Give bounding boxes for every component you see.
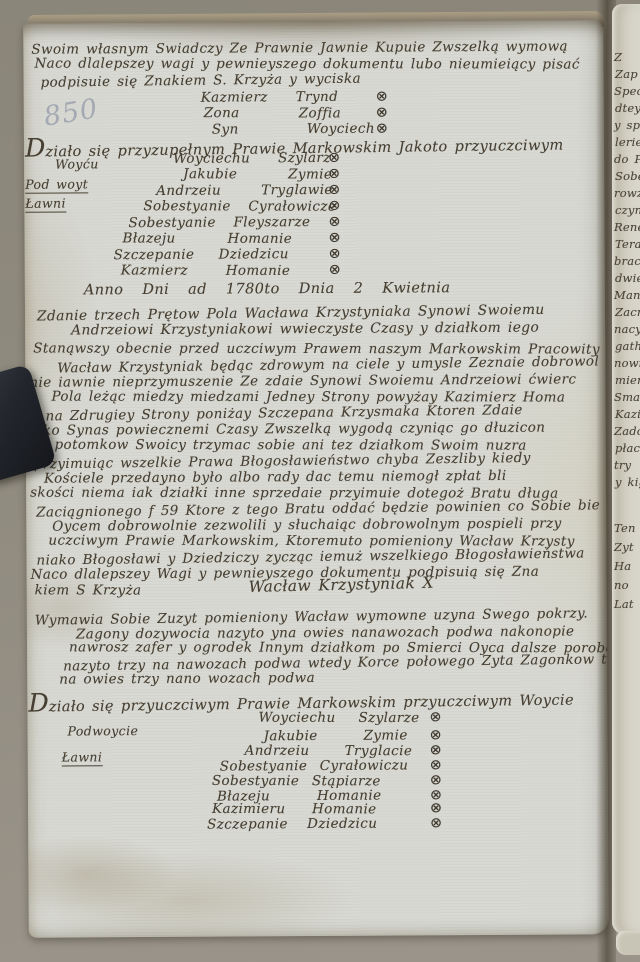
wax-seal-mark: ⊗: [328, 182, 340, 198]
next-page-text-fragment: Zyt: [614, 542, 634, 554]
witness-first-name: Woyciechu: [258, 712, 358, 726]
next-page-text-fragment: rowz: [614, 188, 640, 200]
witness-row: WoyciechuSzylarz: [173, 152, 331, 166]
next-page-text-fragment: y kig: [615, 477, 640, 489]
paragraph-line: iako Synas powiecznemi Czasy Zwszelką wy…: [30, 422, 546, 439]
witness-surname: Homanie: [226, 265, 291, 279]
paragraph-line: Oycem dobrowolnie zezwolili y słuchaiąc …: [52, 518, 561, 535]
next-page-text-fragment: Smar: [614, 392, 640, 404]
next-page-text-fragment: Z: [614, 52, 622, 64]
family-row: ZonaZoffia: [204, 107, 341, 121]
witness-first-name: Kazmierz: [201, 91, 296, 105]
wax-seal-mark: ⊗: [430, 800, 442, 816]
witness-first-name: Andrzeiu: [156, 184, 261, 198]
witness-first-name: Zona: [204, 107, 299, 121]
next-page-text-fragment: brac: [614, 256, 640, 268]
next-page-text-fragment: czyni: [615, 205, 640, 217]
witness-first-name: Szczepanie: [114, 249, 219, 263]
witness-surname: Szylarze: [358, 712, 419, 726]
closing-line: Naco dlalepszey Wagi y pewnieyszego doku…: [31, 566, 540, 583]
next-page-text-fragment: Ha: [614, 561, 631, 573]
witness-surname: Tryglawie: [261, 184, 333, 198]
witness-row: SobestyanieCyrałowicze: [143, 200, 336, 214]
next-page-text-fragment: Spec: [614, 86, 640, 98]
witness-surname: Woyciech: [307, 123, 375, 137]
wax-seal-mark: ⊗: [376, 105, 388, 121]
opening-line: podpisuie się Znakiem S. Krzyża y wycisk…: [40, 73, 361, 91]
witness-surname: Zymie: [364, 729, 408, 743]
next-page-text-fragment: mier: [615, 375, 640, 387]
witness-first-name: Woyciechu: [173, 152, 278, 166]
family-row: KazmierzTrynd: [201, 91, 339, 105]
wax-seal-mark: ⊗: [430, 727, 442, 743]
witness-surname: Cyrałowicze: [248, 200, 336, 214]
next-page-text-fragment: Zadoz: [614, 426, 640, 438]
witness-row: WoyciechuSzylarze: [258, 712, 419, 726]
witness-surname: Zoffia: [299, 107, 341, 121]
witness-row: AndrzeiuTryglawie: [156, 184, 333, 199]
witness-row: AndrzeiuTryglacie: [245, 745, 413, 759]
wax-seal-mark: ⊗: [429, 709, 441, 725]
next-page-text-fragment: no: [614, 580, 629, 592]
date-heading: Anno Dni ad 1780to Dnia 2 Kwietnia: [84, 281, 451, 298]
next-page-text-fragment: dwie: [615, 273, 640, 285]
witness-first-name: Syn: [212, 123, 307, 137]
witness-first-name: Kazimieru: [212, 803, 312, 817]
next-page-text-fragment: Sobest: [615, 171, 640, 183]
next-page-text-fragment: Kazi: [615, 409, 640, 421]
witness-first-name: Jakubie: [183, 168, 288, 182]
wax-seal-mark: ⊗: [328, 198, 340, 214]
opening-line: Naco dlalepszey wagi y pewnieyszego doku…: [34, 58, 579, 72]
margin-note: Ławni: [25, 198, 66, 213]
witness-row: SobestyanieStąpiarze: [212, 775, 381, 789]
wax-seal-mark: ⊗: [328, 166, 340, 182]
witness-row: JakubieZymie: [183, 168, 332, 182]
pencil-page-number: 850: [42, 95, 100, 131]
next-page-text-fragment: Rene: [614, 222, 640, 234]
witness-surname: Homanie: [228, 233, 293, 247]
opening-line: Swoim własnym Swiadczy Ze Prawnie Jawnie…: [31, 40, 568, 57]
margin-note: Ławni: [62, 751, 103, 766]
wax-seal-mark: ⊗: [328, 150, 340, 166]
witness-surname: Trynd: [296, 91, 339, 105]
zdanie-heading-line: Andrzeiowi Krzystyniakowi wwieczyste Cza…: [71, 322, 539, 339]
witness-surname: Dziedzicu: [219, 248, 289, 262]
wax-seal-mark: ⊗: [328, 214, 340, 230]
witness-first-name: Kazmierz: [121, 264, 226, 278]
next-page-text-fragment: Teraz: [615, 239, 640, 251]
witness-first-name: Błazeju: [123, 232, 228, 246]
next-page-text-fragment: Man: [614, 290, 640, 302]
witness-first-name: Szczepanie: [207, 818, 307, 832]
witness-row: KazmierzHomanie: [121, 264, 291, 278]
next-page-text-fragment: y spa: [614, 120, 640, 132]
next-page-text-fragment: try: [614, 460, 631, 472]
wymowa-line: na owies trzy nano wozach podwa: [59, 672, 315, 687]
next-page-text-fragment: gath: [615, 341, 640, 353]
witness-first-name: Jakubie: [264, 730, 364, 744]
next-page-text-fragment: nowi: [614, 358, 640, 370]
wax-seal-mark: ⊗: [430, 772, 442, 788]
witness-row: SzczepanieDziedzicu: [207, 818, 377, 833]
witness-surname: Zymie: [288, 168, 332, 182]
witness-surname: Cyrałowiczu: [320, 759, 409, 773]
margin-note: Woyću: [55, 158, 99, 171]
witness-first-name: Sobestyanie: [128, 216, 233, 230]
witness-surname: Dziedzicu: [307, 818, 377, 832]
witness-surname: Szylarz: [278, 152, 331, 166]
wax-seal-mark: ⊗: [376, 121, 388, 137]
margin-note: Pod woyt: [25, 178, 88, 193]
family-row: SynWoyciech: [212, 123, 375, 137]
wax-seal-mark: ⊗: [430, 815, 442, 831]
wax-seal-mark: ⊗: [328, 230, 340, 246]
wax-seal-mark: ⊗: [430, 742, 442, 758]
wax-seal-mark: ⊗: [376, 89, 388, 105]
witness-first-name: Andrzeiu: [245, 745, 345, 759]
next-page-text-fragment: Zap: [615, 69, 638, 81]
next-page-text-fragment: Zacry: [615, 307, 640, 319]
witness-first-name: Sobestyanie: [212, 775, 312, 789]
next-page-text-fragment: Ten: [614, 523, 636, 535]
witness-row: SobestyanieCyrałowiczu: [220, 759, 409, 774]
next-page-text-fragment: nacy: [614, 324, 640, 336]
next-page-text-fragment: dtey: [615, 103, 640, 115]
next-page-text-fragment: Lat: [614, 599, 634, 611]
wax-seal-mark: ⊗: [329, 246, 341, 262]
next-page-text-fragment: płace: [615, 443, 640, 455]
witness-surname: Fleyszarze: [233, 216, 310, 230]
next-page-sliver: ZZapSpecdteyy spaleriedo PSobestrowzczyn…: [612, 4, 640, 934]
manuscript-photo: 850 Działo się przyzupełnym Prawie Marko…: [0, 0, 640, 962]
witness-row: BłazejuHomanie: [123, 232, 293, 246]
paragraph-line: Kościele przedayno było albo rady dac te…: [44, 470, 507, 486]
closing-line: kiem S Krzyża: [35, 584, 142, 598]
witness-row: KazimieruHomanie: [212, 803, 377, 817]
witness-row: JakubieZymie: [264, 729, 408, 743]
margin-note: Podwoycie: [68, 725, 139, 738]
next-page-text-fragment: do P: [614, 154, 640, 166]
wax-seal-mark: ⊗: [430, 757, 442, 773]
manuscript-page: 850 Działo się przyzupełnym Prawie Marko…: [23, 20, 609, 938]
next-page-text-fragment: lerie: [615, 137, 640, 149]
wax-seal-mark: ⊗: [329, 262, 341, 278]
witness-first-name: Sobestyanie: [143, 200, 248, 214]
witness-row: SobestyanieFleyszarze: [128, 216, 310, 231]
next-page-corner: [616, 931, 640, 955]
witness-row: SzczepanieDziedzicu: [114, 248, 289, 263]
